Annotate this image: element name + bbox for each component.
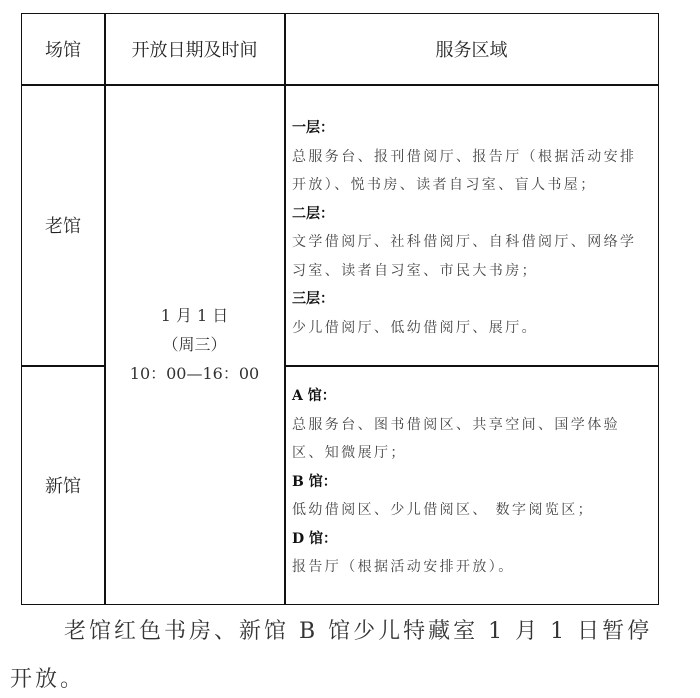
- venue-new: 新馆: [22, 366, 104, 604]
- floor-text: 文学借阅厅、社科借阅厅、自科借阅厅、网络学习室、读者自习室、市民大书房；: [292, 228, 652, 285]
- weekday-line: （周三）: [162, 330, 226, 359]
- building-text: 低幼借阅区、少儿借阅区、 数字阅览区；: [292, 496, 652, 525]
- building-title: A 馆：: [292, 382, 652, 411]
- venue-old: 老馆: [22, 85, 104, 365]
- header-date-time: 开放日期及时间: [105, 14, 284, 84]
- building-text: 总服务台、图书借阅区、共享空间、国学体验区、知微展厅；: [292, 411, 652, 468]
- floor-title: 二层：: [292, 200, 652, 229]
- date-line: 1 月 1 日: [161, 301, 229, 330]
- header-venue: 场馆: [22, 14, 104, 84]
- building-text: 报告厅（根据活动安排开放）。: [292, 553, 652, 582]
- date-time-cell: 1 月 1 日 （周三） 10：00—16：00: [105, 85, 284, 604]
- closure-note: 老馆红色书房、新馆 B 馆少儿特藏室 1 月 1 日暂停开放。: [10, 608, 670, 698]
- floor-title: 一层：: [292, 114, 652, 143]
- time-line: 10：00—16：00: [130, 359, 259, 388]
- floor-text: 总服务台、报刊借阅厅、报告厅（根据活动安排开放）、悦书房、读者自习室、盲人书屋；: [292, 143, 652, 200]
- service-area-old: 一层： 总服务台、报刊借阅厅、报告厅（根据活动安排开放）、悦书房、读者自习室、盲…: [292, 114, 652, 342]
- header-service-area: 服务区域: [285, 14, 658, 84]
- row-divider: [284, 365, 658, 367]
- building-title: D 馆：: [292, 525, 652, 554]
- building-title: B 馆：: [292, 468, 652, 497]
- floor-text: 少儿借阅厅、低幼借阅厅、展厅。: [292, 314, 652, 343]
- service-area-new: A 馆： 总服务台、图书借阅区、共享空间、国学体验区、知微展厅； B 馆： 低幼…: [292, 382, 652, 582]
- floor-title: 三层：: [292, 285, 652, 314]
- schedule-table: 场馆 开放日期及时间 服务区域 老馆 新馆 1 月 1 日 （周三） 10：00…: [21, 13, 659, 605]
- column-divider: [284, 14, 286, 604]
